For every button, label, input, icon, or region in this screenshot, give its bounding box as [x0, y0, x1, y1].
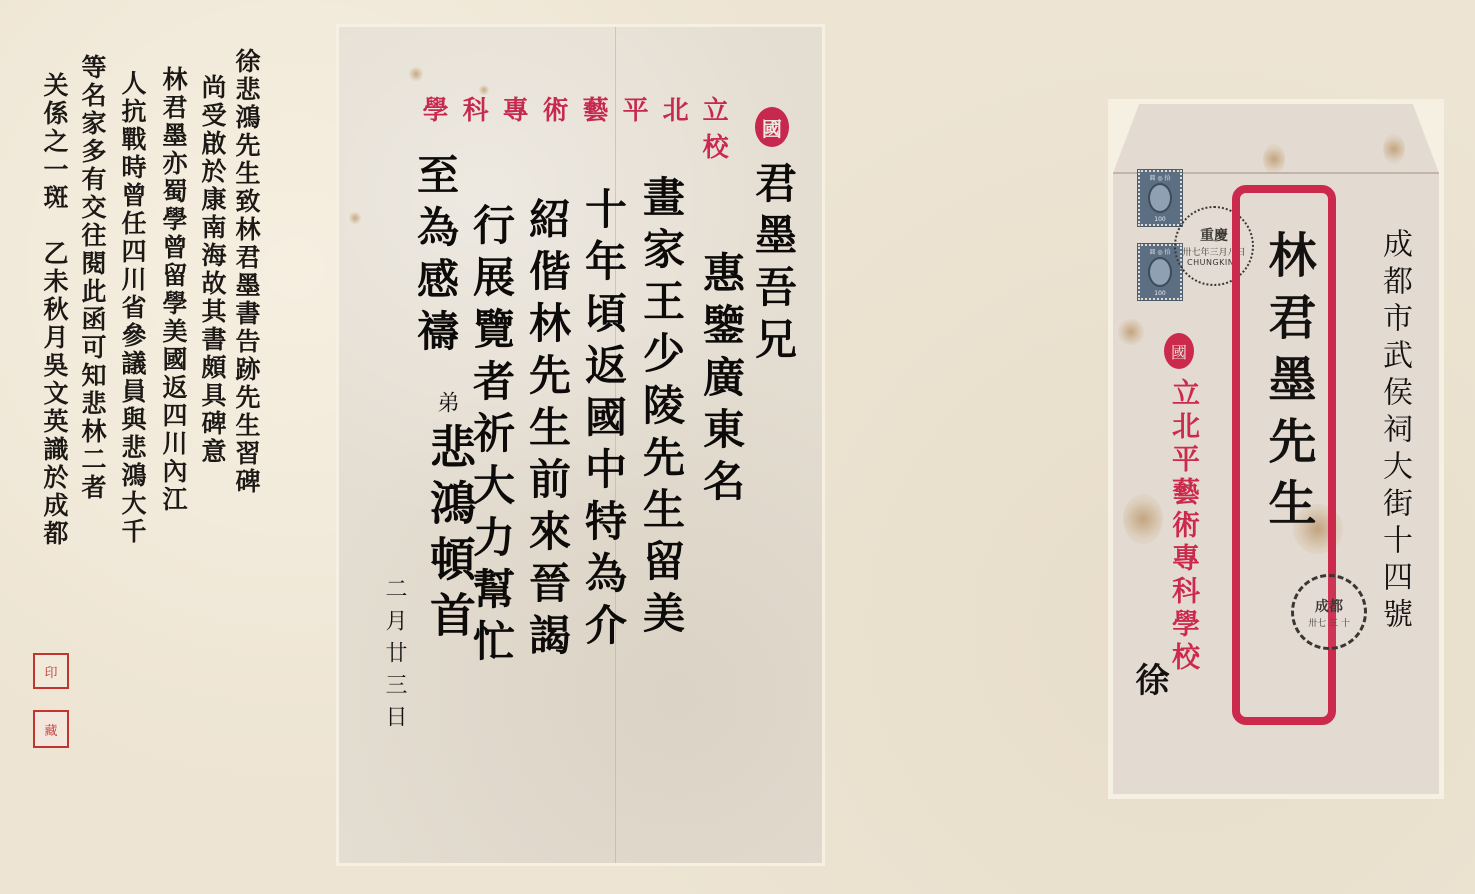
envelope-recipient: 林君墨先生	[1254, 230, 1323, 540]
inscription-column-6: 关係之一斑 乙未秋月吳文英識於成都	[36, 72, 72, 548]
foxing-spot	[1263, 144, 1285, 174]
letter-signature: 悲鴻頓首	[417, 423, 483, 647]
envelope-address: 成都市武侯祠大街十四號	[1372, 228, 1416, 635]
letter-column-3: 畫家王少陵先生留美	[631, 175, 691, 643]
foxing-spot	[409, 67, 423, 81]
foxing-spot	[1123, 494, 1163, 544]
sender-seal: 國	[1164, 333, 1194, 369]
letter-closing: 弟	[431, 391, 462, 423]
artist-seal-upper: 印	[33, 653, 69, 689]
postmark-city: 成都	[1315, 596, 1343, 616]
letterhead-seal: 國	[755, 107, 789, 147]
letter-column-7: 至為感禱	[405, 153, 465, 361]
letter-column-4: 十年頃返國中特為介	[573, 187, 633, 655]
letter-sheet: 立北平藝術專科學校 國 君墨吾兄 惠鑒廣東名 畫家王少陵先生留美 十年頃返國中特…	[339, 27, 822, 863]
stamp-value: 100	[1140, 216, 1180, 223]
postmark-date: 卅七 三 十	[1308, 616, 1350, 629]
stamp-value: 100	[1140, 290, 1180, 297]
inscription-column-3: 林君墨亦蜀學曾留學美國返四川內江	[155, 66, 191, 514]
postmark-arrival: 成都 卅七 三 十	[1291, 574, 1367, 650]
foxing-spot	[349, 212, 361, 224]
letter-column-5: 紹偕林先生前來晉謁	[517, 197, 577, 665]
letter-date: 二月廿三日	[379, 577, 410, 737]
inscription-column-5: 等名家多有交往閱此函可知悲林二者	[74, 54, 110, 502]
stamp-header: 圓 ◎ 拾	[1140, 173, 1180, 182]
postmark-city: 重慶	[1200, 225, 1228, 245]
artist-seal-lower: 藏	[33, 710, 69, 748]
foxing-spot	[1118, 319, 1144, 345]
inscription-column-2: 尚受啟於康南海故其書頗具碑意	[194, 74, 230, 466]
letterhead: 立北平藝術專科學校 國	[399, 107, 789, 147]
inscription-column-4: 人抗戰時曾任四川省參議員與悲鴻大千	[114, 70, 150, 546]
foxing-spot	[1383, 134, 1405, 164]
letter-column-1: 君墨吾兄	[743, 161, 803, 369]
portrait-icon	[1148, 257, 1172, 287]
envelope-sender-name: 徐	[1125, 662, 1174, 696]
envelope-sender-org: 立北平藝術專科學校	[1164, 378, 1204, 675]
letter-column-2: 惠鑒廣東名	[691, 161, 751, 511]
postage-stamp-1: 圓 ◎ 拾 100	[1138, 170, 1182, 226]
inscription-column-1: 徐悲鴻先生致林君墨書告跡先生習碑	[228, 48, 264, 496]
portrait-icon	[1148, 183, 1172, 213]
